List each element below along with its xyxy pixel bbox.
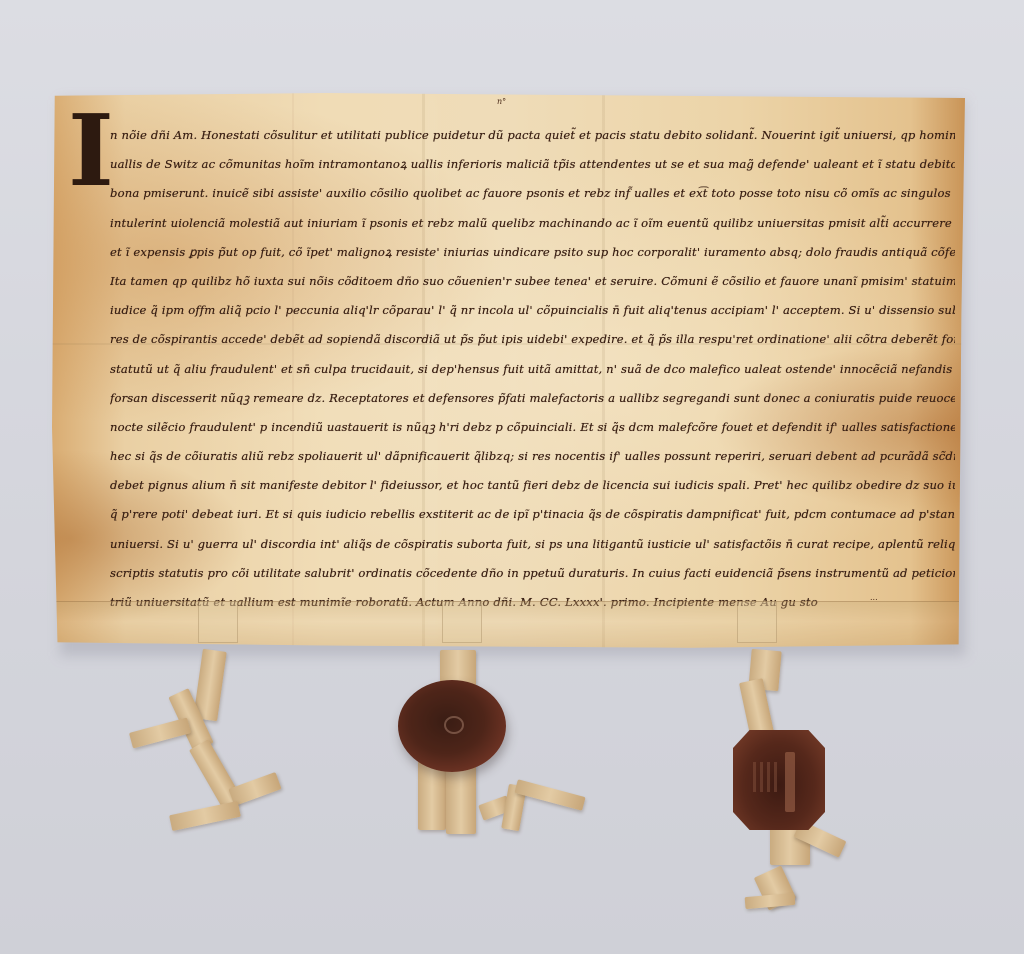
- text-line: q̃ p'rere poti' debeat iuri. Et si quis …: [110, 500, 955, 529]
- seal-tower-icon: [785, 752, 795, 812]
- text-line: uniuersi. Si u' guerra ul' discordia int…: [110, 530, 955, 559]
- round-wax-seal: [398, 680, 506, 772]
- charter-text: n nõie dñi Am. Honestati cõsulitur et ut…: [110, 121, 955, 617]
- seal-slot: [198, 601, 238, 643]
- text-line: hec si q̃s de cõiuratis aliũ rebz spolia…: [110, 442, 955, 471]
- text-line: debet pignus alium n̄ sit manifeste debi…: [110, 471, 955, 500]
- text-line: intulerint uiolenciã molestiã aut iniuri…: [110, 209, 955, 238]
- text-line: n nõie dñi Am. Honestati cõsulitur et ut…: [110, 121, 955, 150]
- archive-mark: n°: [497, 97, 506, 106]
- text-line: statutũ ut q̃ aliu fraudulent' et sn̄ cu…: [110, 355, 955, 384]
- text-line: scriptis statutis pro cõi utilitate salu…: [110, 559, 955, 588]
- text-line: nocte silẽcio fraudulent' p incendiũ uas…: [110, 413, 955, 442]
- text-line: bona pmiserunt. inuicẽ sibi assiste' aux…: [110, 179, 955, 208]
- octagonal-wax-seal: [733, 730, 825, 830]
- text-line: uallis de Switz ac cõmunitas hoĩm intram…: [110, 150, 955, 179]
- illuminated-initial: I: [68, 103, 94, 211]
- seal-slot: [442, 601, 482, 643]
- text-line: iudice q̃ ipm offm aliq̃ pcio l' peccuni…: [110, 296, 955, 325]
- text-line: res de cõspirantis accede' debẽt ad sopi…: [110, 325, 955, 354]
- plica-fold: [52, 601, 965, 650]
- seal-lattice-icon: [753, 762, 777, 792]
- text-line: forsan discesserit nũqꝫ remeare dz. Rece…: [110, 384, 955, 413]
- text-line: et ĩ expensis ꝑpis p̃ut op fuit, cõ ĩpet…: [110, 238, 955, 267]
- seal-emblem-icon: [444, 716, 464, 734]
- text-line: Ita tamen qp quilibz hõ iuxta sui nõis c…: [110, 267, 955, 296]
- seal-slot: [737, 601, 777, 643]
- parchment-charter: I n° n nõie dñi Am. Honestati cõsulitur …: [52, 93, 965, 650]
